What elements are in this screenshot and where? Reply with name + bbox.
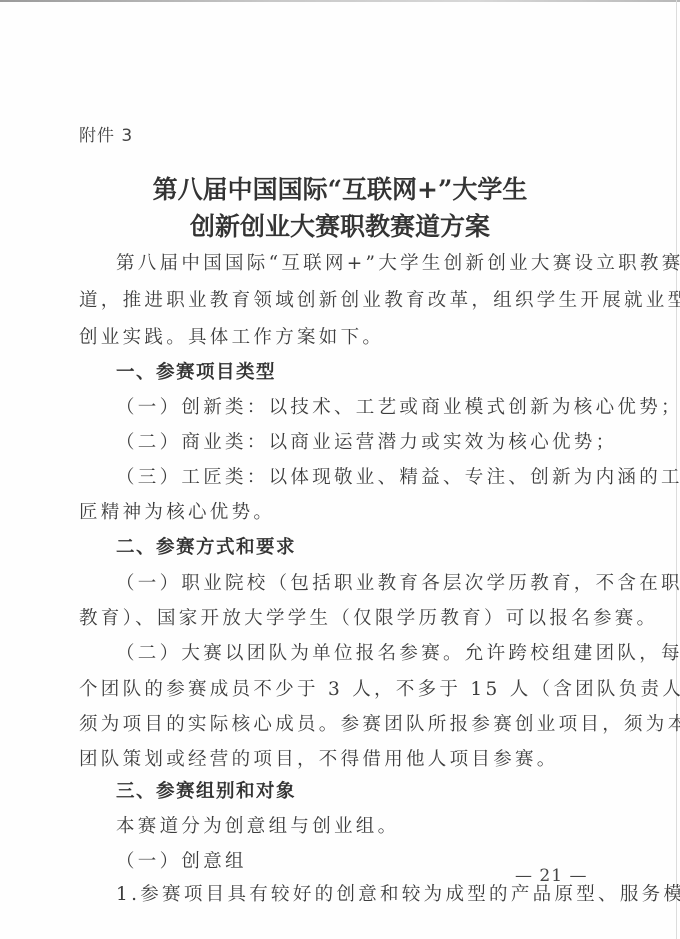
section-heading: 二、参赛方式和要求: [116, 533, 628, 563]
paragraph-line: 第八届中国国际“互联网+”大学生创新创业大赛设立职教赛: [116, 249, 628, 279]
page-number: — 21 —: [515, 866, 587, 886]
document-title-line-1: 第八届中国国际“互联网+”大学生: [0, 170, 680, 206]
paragraph-line: 须为项目的实际核心成员。参赛团队所报参赛创业项目，须为本: [79, 710, 591, 740]
section-heading: 一、参赛项目类型: [116, 358, 628, 388]
attachment-label: 附件 3: [79, 121, 133, 146]
paragraph-line: 本赛道分为创意组与创业组。: [116, 812, 628, 842]
paragraph-line: （一）创新类：以技术、工艺或商业模式创新为核心优势；: [116, 393, 628, 423]
paragraph-line: （一）职业院校（包括职业教育各层次学历教育，不含在职: [116, 569, 628, 599]
paragraph-line: 教育）、国家开放大学学生（仅限学历教育）可以报名参赛。: [79, 604, 591, 634]
paragraph-line: 创业实践。具体工作方案如下。: [79, 323, 591, 353]
paragraph-line: 匠精神为核心优势。: [79, 498, 591, 528]
paragraph-line: （三）工匠类：以体现敬业、精益、专注、创新为内涵的工: [116, 463, 628, 493]
paragraph-line: （二）大赛以团队为单位报名参赛。允许跨校组建团队，每: [116, 639, 628, 669]
section-heading: 三、参赛组别和对象: [116, 777, 628, 807]
paragraph-line: 道，推进职业教育领域创新创业教育改革，组织学生开展就业型: [79, 286, 591, 316]
paragraph-line: 个团队的参赛成员不少于 3 人，不多于 15 人（含团队负责人），: [79, 675, 591, 705]
document-title-line-2: 创新创业大赛职教赛道方案: [0, 207, 680, 243]
paragraph-line: 团队策划或经营的项目，不得借用他人项目参赛。: [79, 745, 591, 775]
scan-edge-top: [0, 0, 680, 2]
paragraph-line: （二）商业类：以商业运营潜力或实效为核心优势；: [116, 428, 628, 458]
